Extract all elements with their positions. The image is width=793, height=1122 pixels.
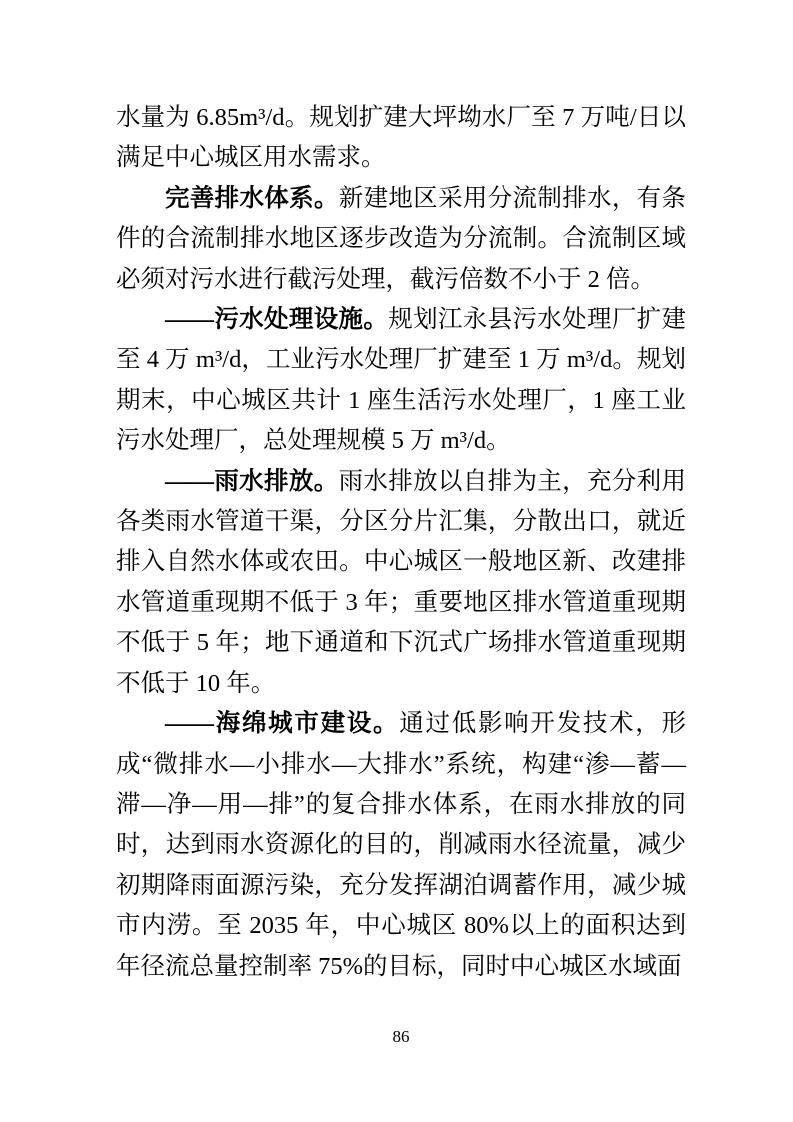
paragraph-lead: ——雨水排放。 [165, 468, 339, 495]
paragraph-text: 水量为 6.85m³/d。规划扩建大坪坳水厂至 7 万吨/日以满足中心城区用水需… [116, 104, 686, 171]
paragraph-text: 雨水排放以自排为主，充分利用各类雨水管道干渠，分区分片汇集，分散出口，就近排入自… [116, 468, 686, 697]
page-footer: 86 [116, 1026, 686, 1048]
page-number: 86 [393, 1027, 410, 1046]
paragraph-sewage-treatment-facilities: ——污水处理设施。规划江永县污水处理厂扩建至 4 万 m³/d，工业污水处理厂扩… [116, 300, 686, 462]
paragraph-sponge-city-construction: ——海绵城市建设。通过低影响开发技术，形成“微排水—小排水—大排水”系统，构建“… [116, 704, 686, 987]
paragraph-lead: ——污水处理设施。 [165, 306, 388, 333]
paragraph-lead: ——海绵城市建设。 [165, 710, 399, 737]
document-page: 水量为 6.85m³/d。规划扩建大坪坳水厂至 7 万吨/日以满足中心城区用水需… [0, 0, 793, 1122]
paragraph-rainwater-discharge: ——雨水排放。雨水排放以自排为主，充分利用各类雨水管道干渠，分区分片汇集，分散出… [116, 462, 686, 704]
paragraph-drainage-system: 完善排水体系。新建地区采用分流制排水，有条件的合流制排水地区逐步改造为分流制。合… [116, 179, 686, 300]
paragraph-lead: 完善排水体系。 [165, 185, 339, 212]
document-body: 水量为 6.85m³/d。规划扩建大坪坳水厂至 7 万吨/日以满足中心城区用水需… [116, 98, 686, 987]
paragraph-water-supply-continuation: 水量为 6.85m³/d。规划扩建大坪坳水厂至 7 万吨/日以满足中心城区用水需… [116, 98, 686, 179]
paragraph-text: 通过低影响开发技术，形成“微排水—小排水—大排水”系统，构建“渗—蓄—滞—净—用… [116, 710, 686, 979]
